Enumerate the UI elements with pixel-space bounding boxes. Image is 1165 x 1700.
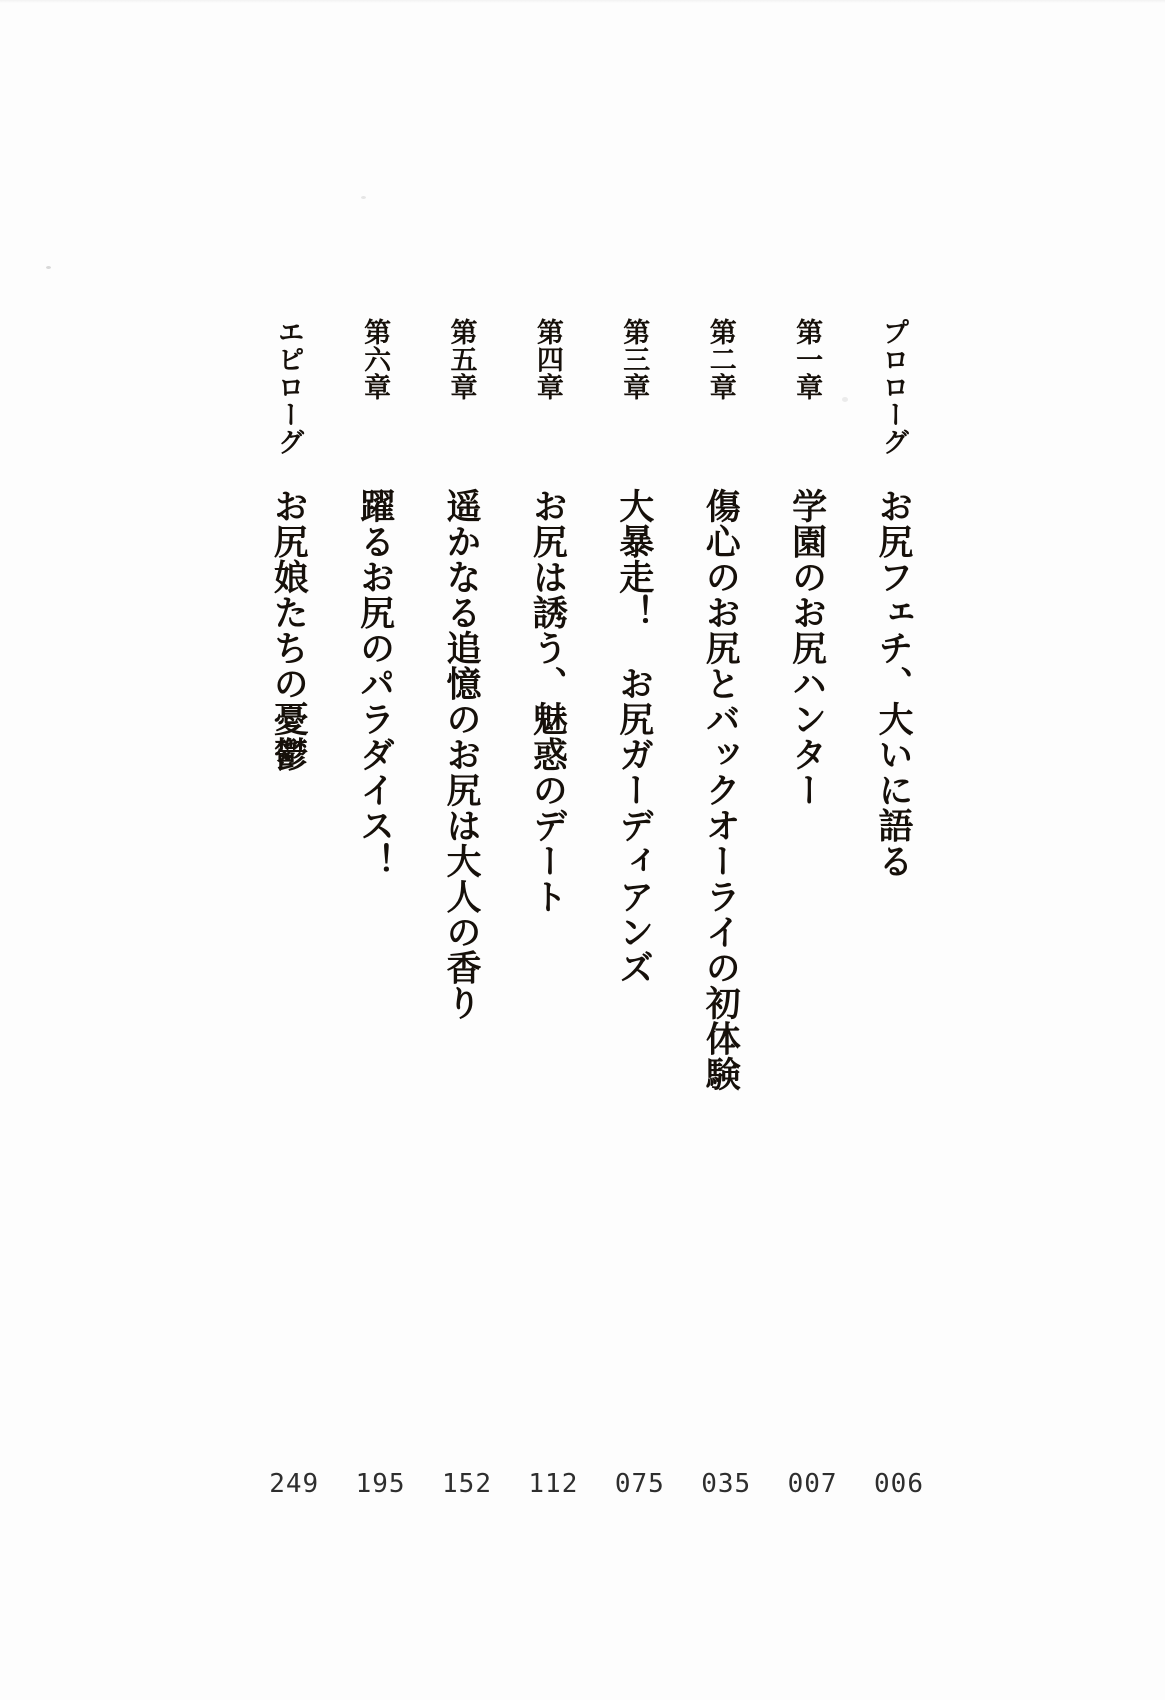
chapter-title: 躍るお尻のパラダイス！ xyxy=(355,488,395,879)
chapter-title: お尻フェチ、大いに語る xyxy=(873,488,913,879)
page-number: 035 xyxy=(701,1469,751,1499)
chapter-title: お尻娘たちの憂鬱 xyxy=(268,488,308,772)
page-number: 152 xyxy=(442,1469,492,1499)
chapter-title: 傷心のお尻とバックオーライの初体験 xyxy=(700,488,740,1092)
chapter-title: 遥かなる追憶のお尻は大人の香り xyxy=(441,488,481,1021)
chapter-label: 第四章 xyxy=(532,318,563,401)
page-number: 249 xyxy=(269,1469,319,1499)
chapter-title: 学園のお尻ハンター xyxy=(787,488,827,808)
chapter-label: 第三章 xyxy=(618,318,649,401)
chapter-label: 第一章 xyxy=(791,318,822,401)
toc-page: プロローグお尻フェチ、大いに語る第一章学園のお尻ハンター第二章傷心のお尻とバック… xyxy=(0,0,1165,1700)
scan-artifact xyxy=(46,266,51,269)
chapter-title: 大暴走！ お尻ガーディアンズ xyxy=(614,488,654,985)
chapter-label: 第二章 xyxy=(705,318,736,401)
scan-artifact xyxy=(842,397,848,402)
scan-artifact xyxy=(361,196,366,199)
page-number: 112 xyxy=(528,1469,578,1499)
chapter-label: 第六章 xyxy=(359,318,390,401)
page-number: 195 xyxy=(356,1469,406,1499)
chapter-label: エピローグ xyxy=(273,318,304,456)
page-number: 006 xyxy=(874,1469,924,1499)
page-number: 075 xyxy=(615,1469,665,1499)
chapter-label: プロローグ xyxy=(878,318,909,456)
chapter-label: 第五章 xyxy=(446,318,477,401)
page-number: 007 xyxy=(788,1469,838,1499)
chapter-title: お尻は誘う、魅惑のデート xyxy=(527,488,567,914)
